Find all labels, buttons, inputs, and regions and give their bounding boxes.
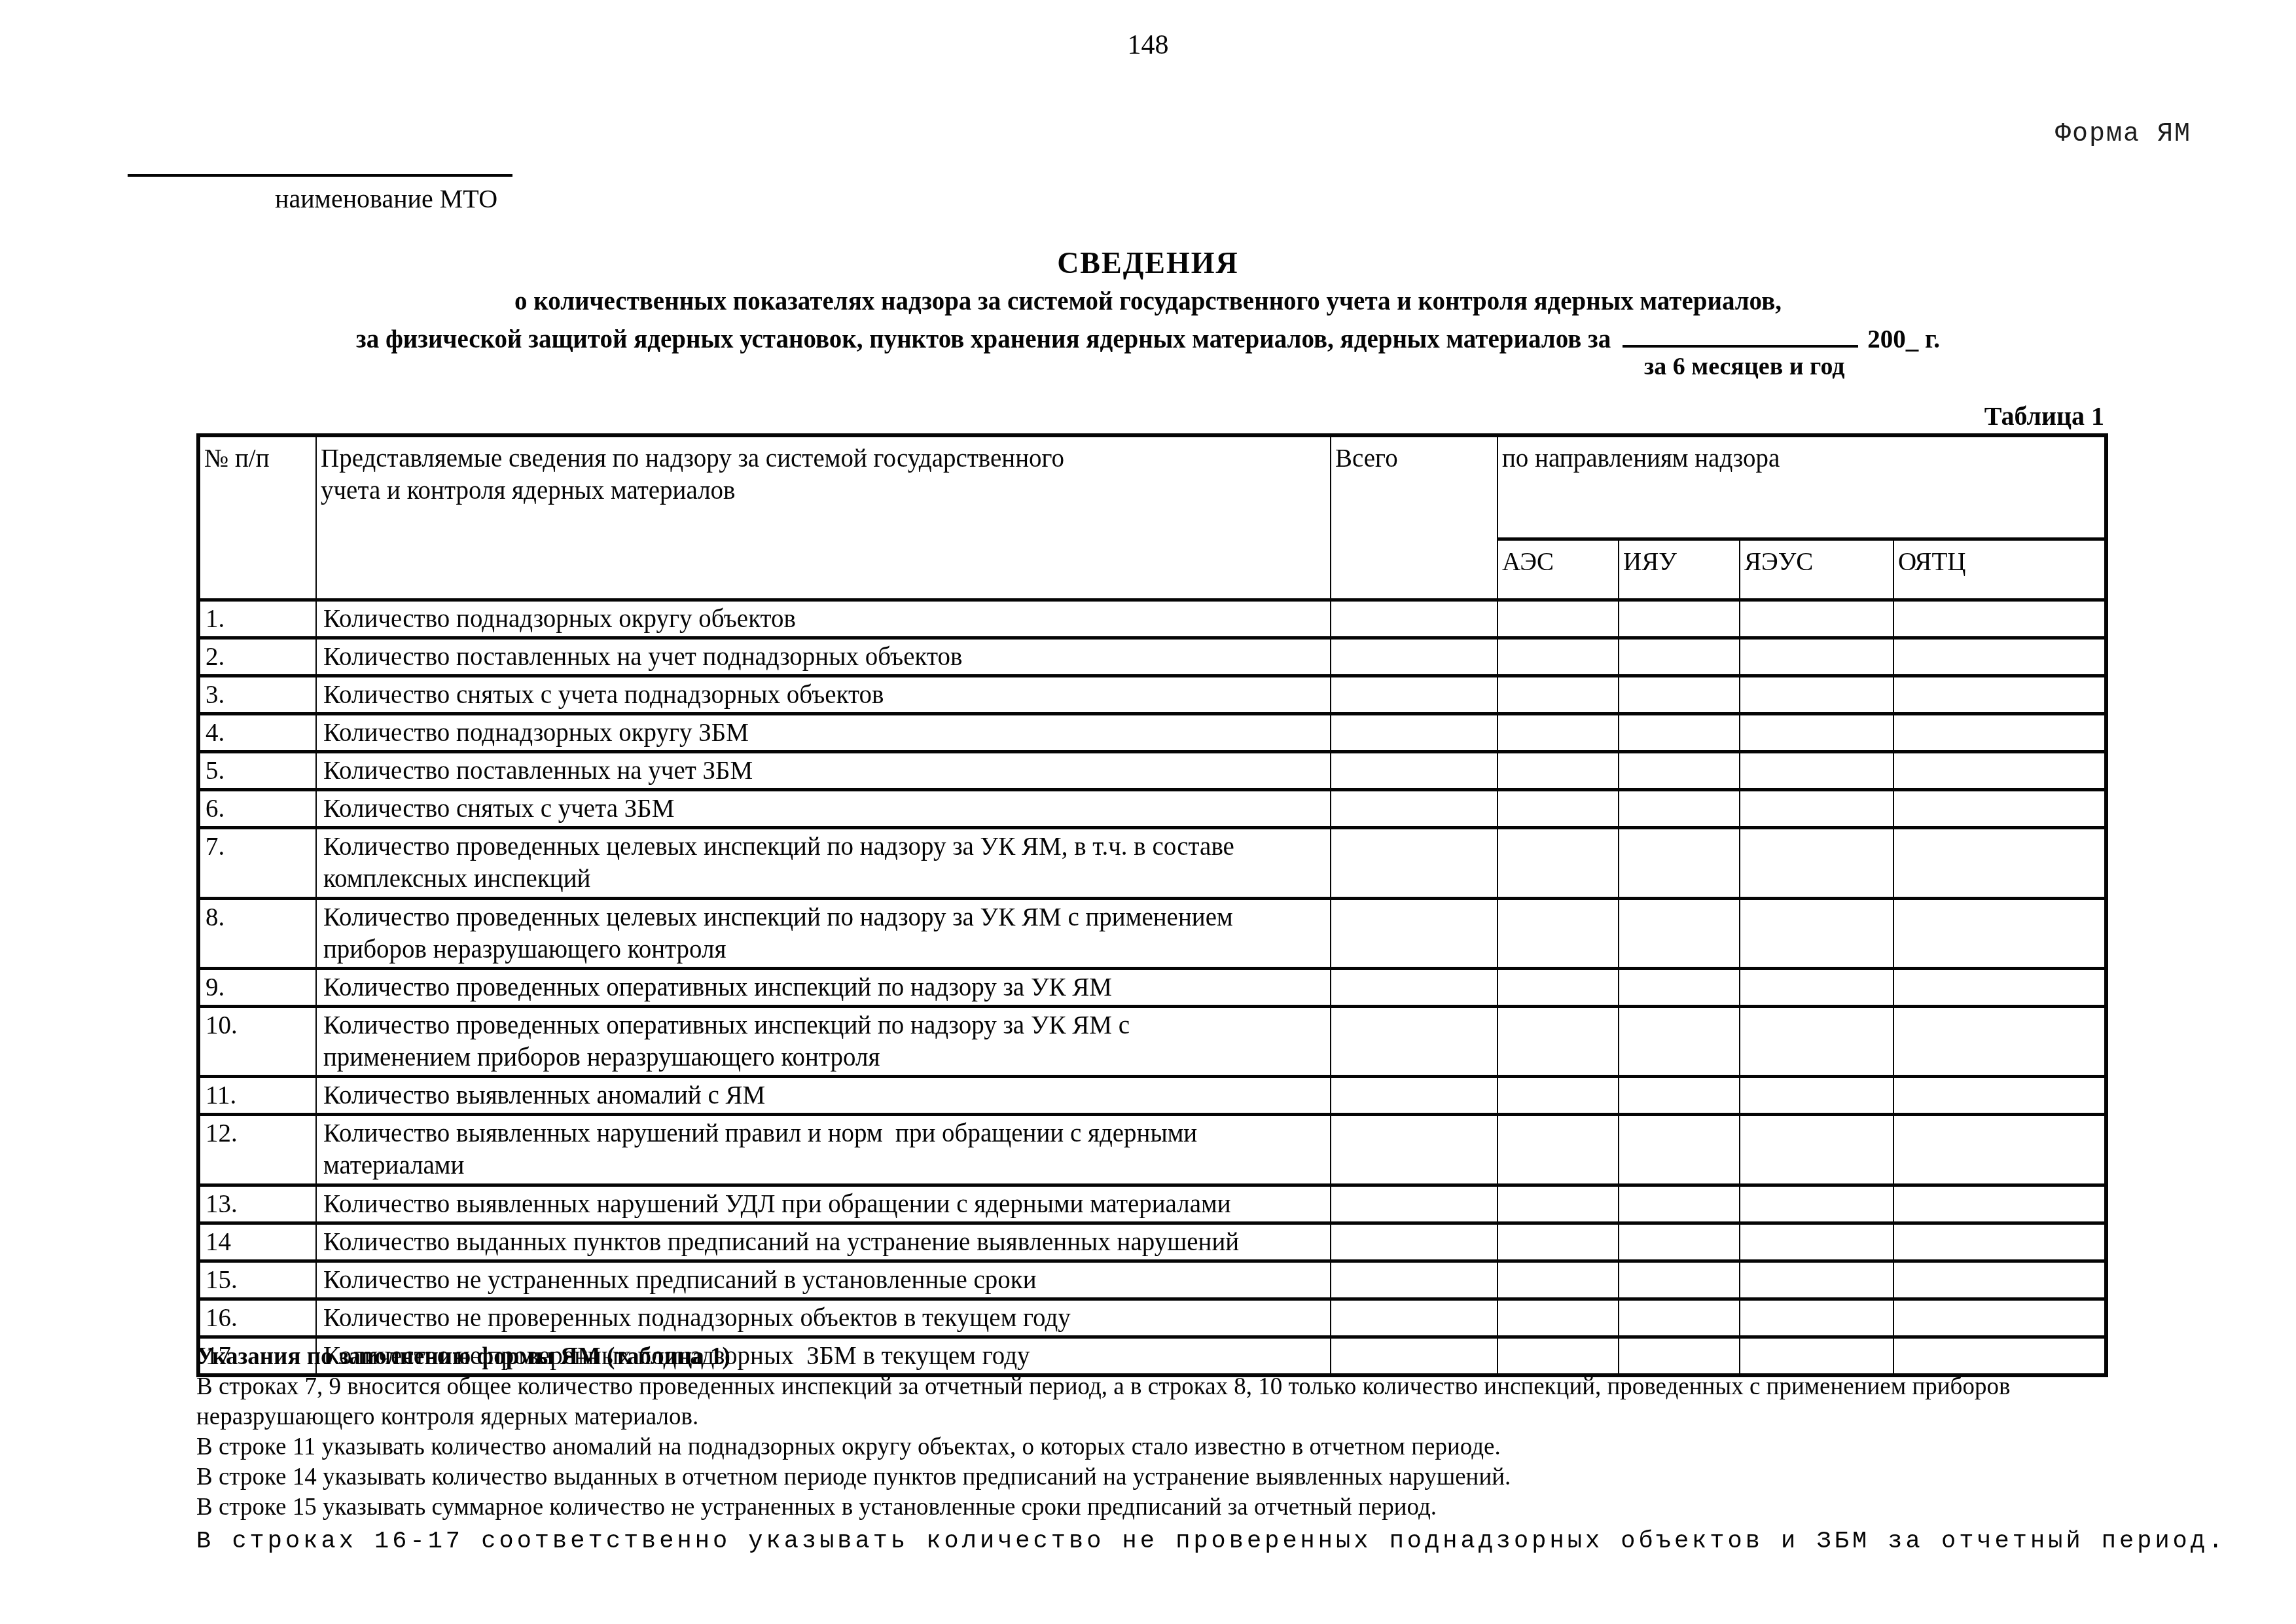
cell-aes [1498, 968, 1619, 1006]
cell-yaeus [1740, 790, 1893, 828]
cell-yaeus [1740, 898, 1893, 968]
header-total: Всего [1331, 435, 1498, 600]
cell-aes [1498, 1185, 1619, 1223]
table-row: 4. Количество поднадзорных округу ЗБМ [198, 713, 2106, 751]
year-blank-underline [1623, 319, 1858, 348]
row-number: 14 [198, 1223, 316, 1261]
row-description: Количество не устраненных предписаний в … [316, 1261, 1331, 1299]
cell-total [1331, 1299, 1498, 1337]
table-row: 16. Количество не проверенных поднадзорн… [198, 1299, 2106, 1337]
row-description: Количество выданных пунктов предписаний … [316, 1223, 1331, 1261]
cell-yaeus [1740, 638, 1893, 676]
cell-aes [1498, 1223, 1619, 1261]
cell-iyau [1619, 828, 1740, 898]
cell-total [1331, 1223, 1498, 1261]
cell-oyatts [1893, 638, 2106, 676]
cell-oyatts [1893, 898, 2106, 968]
cell-yaeus [1740, 1077, 1893, 1115]
table-row: 11. Количество выявленных аномалий с ЯМ [198, 1077, 2106, 1115]
table-row: 12. Количество выявленных нарушений прав… [198, 1115, 2106, 1185]
cell-oyatts [1893, 1077, 2106, 1115]
table-row: 8. Количество проведенных целевых инспек… [198, 898, 2106, 968]
row-description: Количество не проверенных поднадзорных о… [316, 1299, 1331, 1337]
cell-yaeus [1740, 1006, 1893, 1076]
cell-iyau [1619, 1299, 1740, 1337]
note-last-line: В строках 16-17 соответственно указывать… [196, 1526, 2225, 1557]
header-direction-yaeus: ЯЭУС [1740, 539, 1893, 600]
header-description-text: Представляемые сведения по надзору за си… [321, 442, 1152, 507]
cell-yaeus [1740, 600, 1893, 638]
cell-oyatts [1893, 968, 2106, 1006]
header-direction-iyau: ИЯУ [1619, 539, 1740, 600]
cell-oyatts [1893, 752, 2106, 790]
cell-aes [1498, 638, 1619, 676]
cell-aes [1498, 898, 1619, 968]
cell-yaeus [1740, 1299, 1893, 1337]
header-num: № п/п [198, 435, 316, 600]
table-row: 14 Количество выданных пунктов предписан… [198, 1223, 2106, 1261]
cell-yaeus [1740, 1261, 1893, 1299]
cell-iyau [1619, 968, 1740, 1006]
cell-aes [1498, 1261, 1619, 1299]
cell-oyatts [1893, 600, 2106, 638]
table-row: 9. Количество проведенных оперативных ин… [198, 968, 2106, 1006]
cell-aes [1498, 676, 1619, 713]
cell-aes [1498, 1006, 1619, 1076]
cell-oyatts [1893, 790, 2106, 828]
cell-oyatts [1893, 676, 2106, 713]
row-number: 11. [198, 1077, 316, 1115]
row-description: Количество поставленных на учет поднадзо… [316, 638, 1331, 676]
cell-yaeus [1740, 968, 1893, 1006]
table-row: 5. Количество поставленных на учет ЗБМ [198, 752, 2106, 790]
cell-total [1331, 828, 1498, 898]
table-row: 7. Количество проведенных целевых инспек… [198, 828, 2106, 898]
cell-total [1331, 600, 1498, 638]
row-number: 3. [198, 676, 316, 713]
cell-iyau [1619, 1115, 1740, 1185]
cell-oyatts [1893, 1006, 2106, 1076]
cell-aes [1498, 828, 1619, 898]
row-number: 7. [198, 828, 316, 898]
row-number: 5. [198, 752, 316, 790]
note-item: В строке 14 указывать количество выданны… [196, 1462, 2225, 1492]
cell-oyatts [1893, 1185, 2106, 1223]
row-description: Количество выявленных нарушений правил и… [316, 1115, 1331, 1185]
row-description: Количество проведенных оперативных инспе… [316, 968, 1331, 1006]
row-description: Количество выявленных аномалий с ЯМ [316, 1077, 1331, 1115]
row-description: Количество поставленных на учет ЗБМ [316, 752, 1331, 790]
cell-total [1331, 1261, 1498, 1299]
scanned-document-page: 148 Форма ЯМ наименование МТО СВЕДЕНИЯ о… [0, 0, 2296, 1624]
table-row: 6. Количество снятых с учета ЗБМ [198, 790, 2106, 828]
page-number: 148 [0, 29, 2296, 61]
cell-aes [1498, 1299, 1619, 1337]
cell-total [1331, 752, 1498, 790]
row-number: 4. [198, 713, 316, 751]
row-description: Количество снятых с учета ЗБМ [316, 790, 1331, 828]
header-direction-oyatts: ОЯТЦ [1893, 539, 2106, 600]
cell-aes [1498, 1115, 1619, 1185]
cell-total [1331, 1185, 1498, 1223]
cell-iyau [1619, 638, 1740, 676]
cell-yaeus [1740, 676, 1893, 713]
cell-total [1331, 790, 1498, 828]
doc-subtitle-line2: за физической защитой ядерных установок,… [0, 319, 2296, 354]
cell-iyau [1619, 676, 1740, 713]
cell-aes [1498, 790, 1619, 828]
row-number: 16. [198, 1299, 316, 1337]
row-number: 13. [198, 1185, 316, 1223]
row-number: 9. [198, 968, 316, 1006]
header-description: Представляемые сведения по надзору за си… [316, 435, 1331, 600]
cell-iyau [1619, 713, 1740, 751]
cell-iyau [1619, 1077, 1740, 1115]
row-number: 6. [198, 790, 316, 828]
row-description: Количество выявленных нарушений УДЛ при … [316, 1185, 1331, 1223]
cell-iyau [1619, 1185, 1740, 1223]
row-number: 2. [198, 638, 316, 676]
cell-oyatts [1893, 1299, 2106, 1337]
cell-total [1331, 968, 1498, 1006]
cell-oyatts [1893, 1115, 2106, 1185]
cell-total [1331, 1115, 1498, 1185]
subtitle-line2-text: за физической защитой ядерных установок,… [356, 325, 1611, 353]
cell-iyau [1619, 1223, 1740, 1261]
cell-aes [1498, 600, 1619, 638]
cell-iyau [1619, 790, 1740, 828]
cell-total [1331, 898, 1498, 968]
row-number: 8. [198, 898, 316, 968]
cell-yaeus [1740, 1185, 1893, 1223]
header-directions-group: по направлениям надзора [1498, 435, 2106, 539]
cell-aes [1498, 752, 1619, 790]
row-number: 15. [198, 1261, 316, 1299]
cell-iyau [1619, 752, 1740, 790]
doc-subtitle-line1: о количественных показателях надзора за … [0, 287, 2296, 316]
row-description: Количество проведенных целевых инспекций… [316, 828, 1331, 898]
cell-oyatts [1893, 1223, 2106, 1261]
cell-total [1331, 638, 1498, 676]
row-number: 12. [198, 1115, 316, 1185]
cell-yaeus [1740, 1115, 1893, 1185]
cell-iyau [1619, 1261, 1740, 1299]
cell-oyatts [1893, 828, 2106, 898]
cell-total [1331, 1006, 1498, 1076]
period-note: за 6 месяцев и год [1644, 352, 1845, 381]
cell-iyau [1619, 898, 1740, 968]
table-row: 2. Количество поставленных на учет подна… [198, 638, 2106, 676]
cell-yaeus [1740, 1223, 1893, 1261]
cell-iyau [1619, 600, 1740, 638]
report-table: № п/п Представляемые сведения по надзору… [196, 433, 2108, 1377]
table-body: 1. Количество поднадзорных округу объект… [198, 600, 2106, 1375]
table-row: 15. Количество не устраненных предписани… [198, 1261, 2106, 1299]
row-number: 1. [198, 600, 316, 638]
form-label: Форма ЯМ [2055, 120, 2191, 149]
cell-aes [1498, 1077, 1619, 1115]
row-description: Количество проведенных оперативных инспе… [316, 1006, 1331, 1076]
note-item: В строках 7, 9 вносится общее количество… [196, 1372, 2225, 1432]
cell-aes [1498, 713, 1619, 751]
cell-total [1331, 713, 1498, 751]
note-item: В строке 15 указывать суммарное количест… [196, 1492, 2225, 1523]
year-label: 200_ г. [1867, 325, 1940, 353]
row-description: Количество проведенных целевых инспекций… [316, 898, 1331, 968]
cell-iyau [1619, 1006, 1740, 1076]
note-item: В строке 11 указывать количество аномали… [196, 1432, 2225, 1462]
table-row: 13. Количество выявленных нарушений УДЛ … [198, 1185, 2106, 1223]
cell-oyatts [1893, 1261, 2106, 1299]
row-description: Количество поднадзорных округу объектов [316, 600, 1331, 638]
row-description: Количество поднадзорных округу ЗБМ [316, 713, 1331, 751]
doc-title: СВЕДЕНИЯ [0, 245, 2296, 280]
notes: Указания по заполнению формы ЯМ (таблица… [196, 1342, 2225, 1557]
row-number: 10. [198, 1006, 316, 1076]
table-row: 10. Количество проведенных оперативных и… [198, 1006, 2106, 1076]
table-row: 3. Количество снятых с учета поднадзорны… [198, 676, 2106, 713]
mto-underline [128, 174, 512, 177]
table-row: 1. Количество поднадзорных округу объект… [198, 600, 2106, 638]
row-description: Количество снятых с учета поднадзорных о… [316, 676, 1331, 713]
cell-yaeus [1740, 713, 1893, 751]
table-caption: Таблица 1 [1984, 401, 2104, 431]
notes-heading: Указания по заполнению формы ЯМ (таблица… [196, 1342, 2225, 1372]
cell-yaeus [1740, 752, 1893, 790]
cell-oyatts [1893, 713, 2106, 751]
header-direction-aes: АЭС [1498, 539, 1619, 600]
cell-total [1331, 676, 1498, 713]
mto-caption: наименование МТО [275, 183, 497, 214]
cell-total [1331, 1077, 1498, 1115]
cell-yaeus [1740, 828, 1893, 898]
